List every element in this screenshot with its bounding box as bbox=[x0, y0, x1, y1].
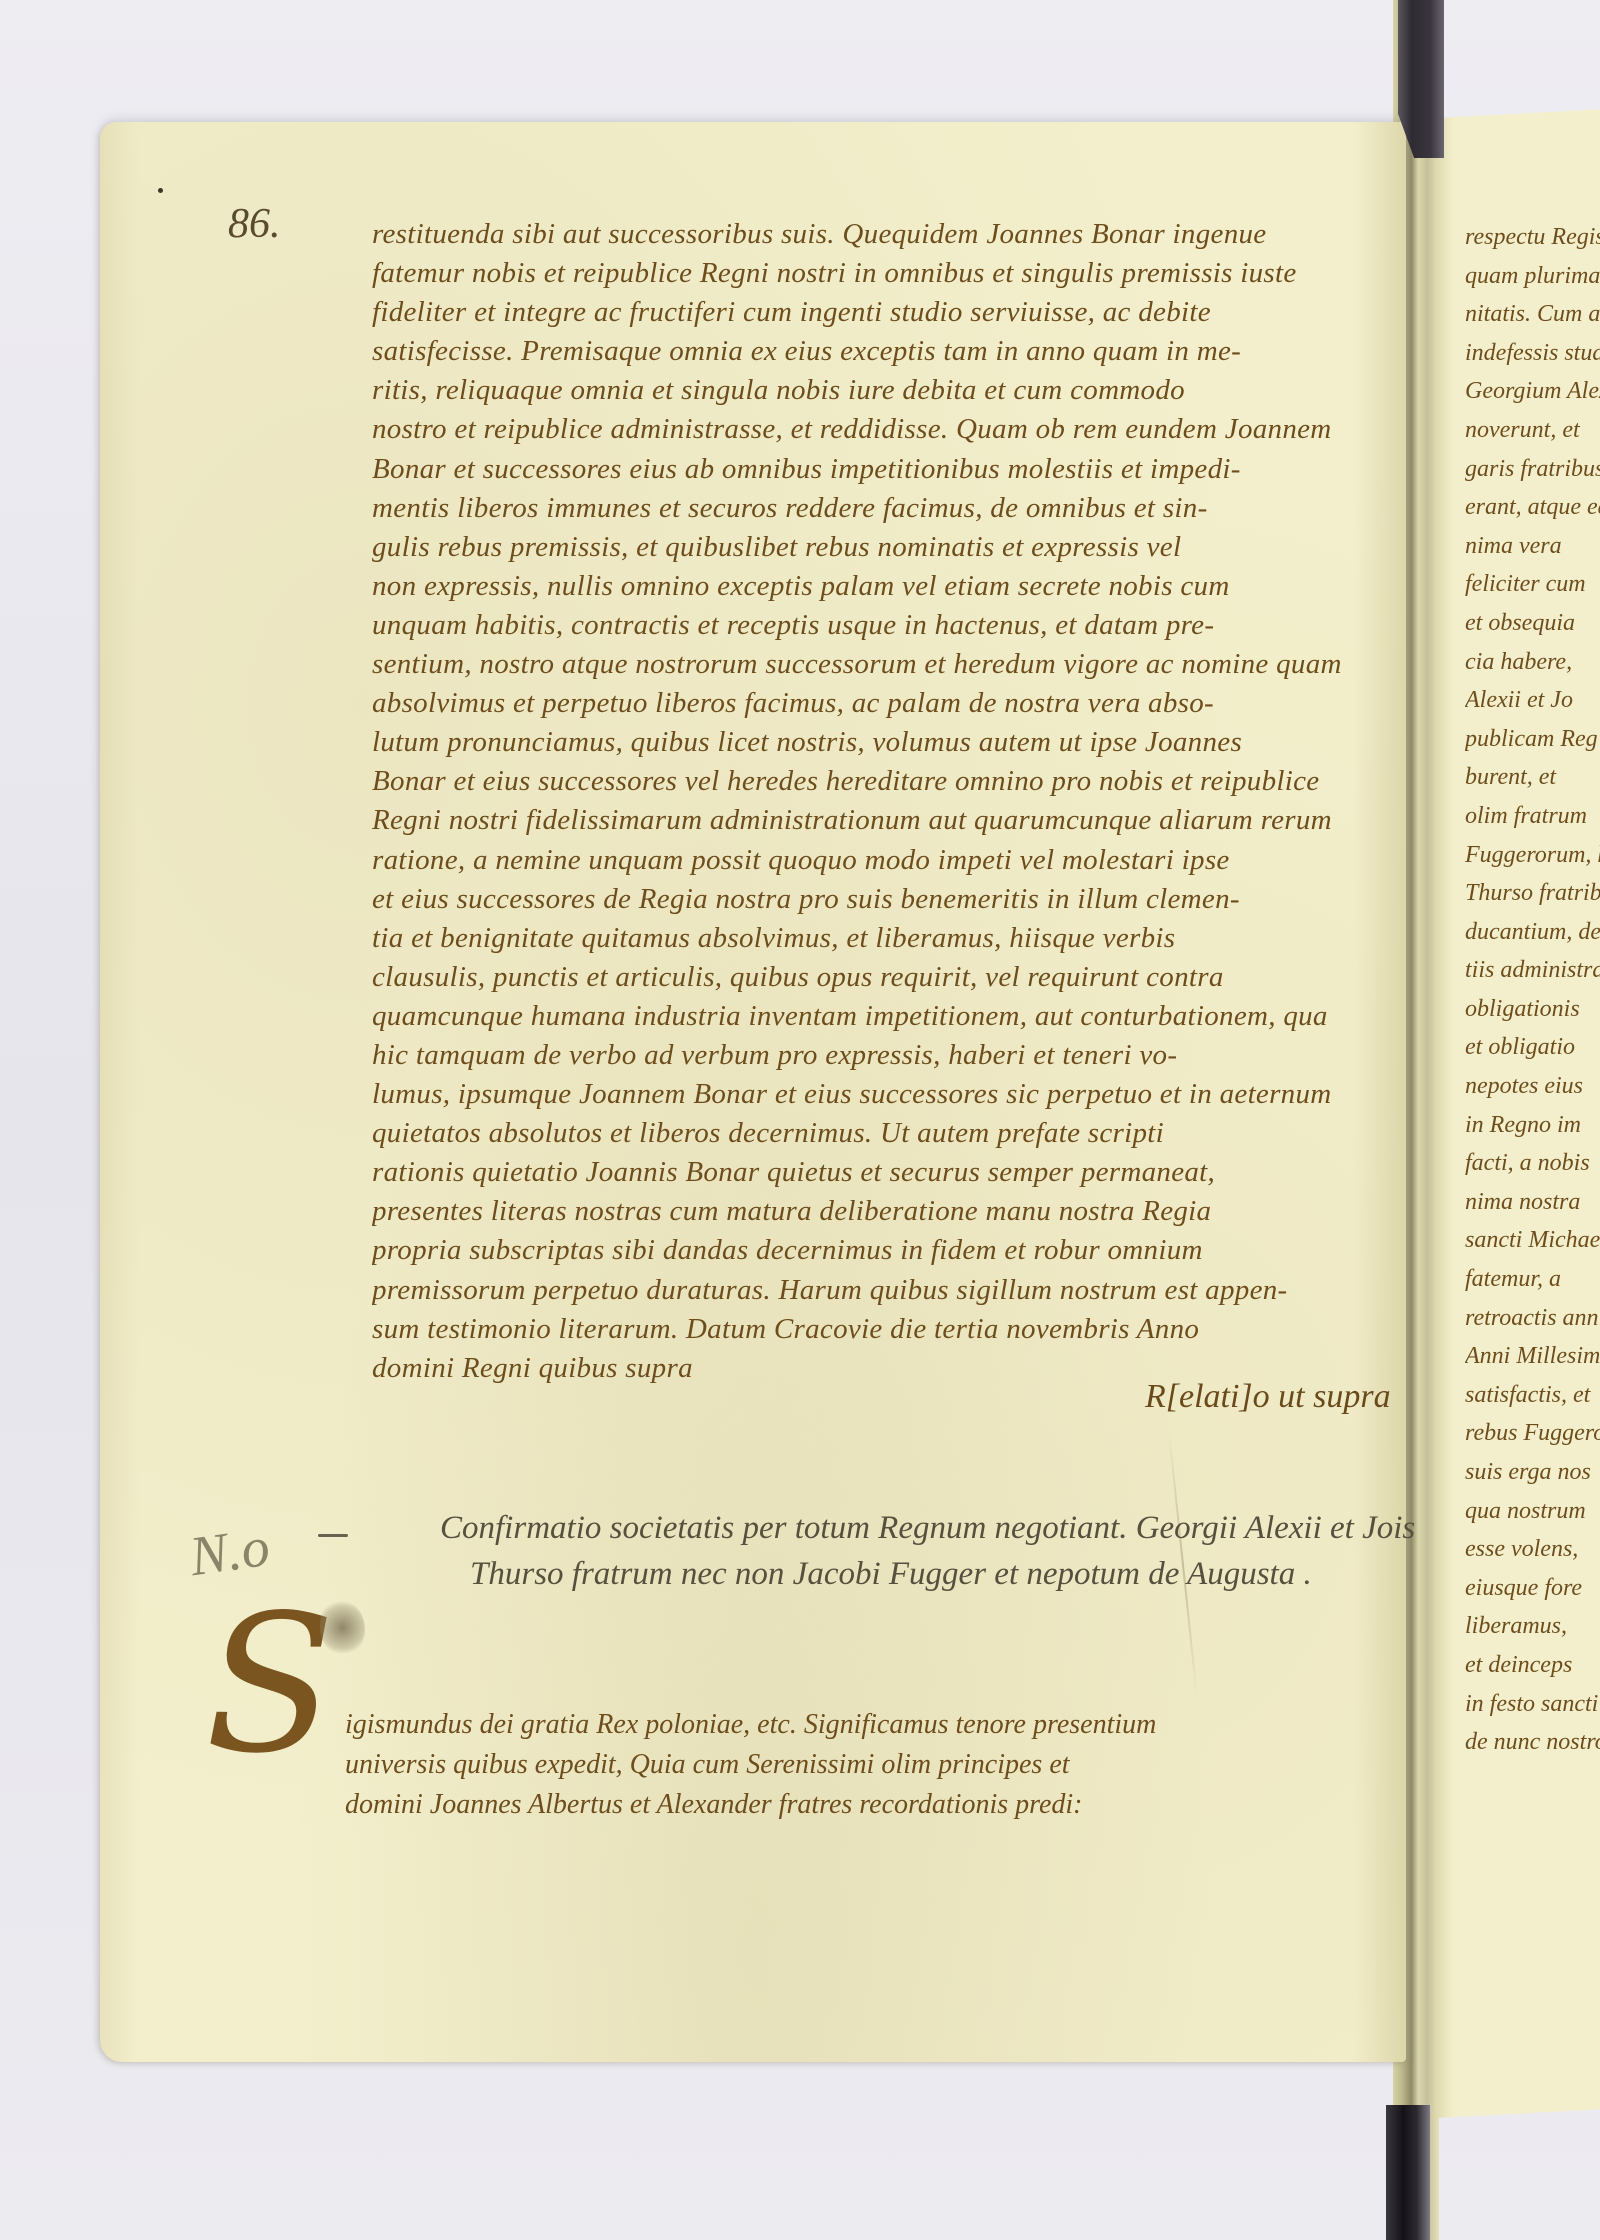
margin-dash bbox=[318, 1534, 348, 1537]
text-line: mentis liberos immunes et securos redder… bbox=[372, 489, 1352, 528]
text-line: erant, atque ea bbox=[1465, 488, 1600, 527]
text-line: universis quibus expedit, Quia cum Seren… bbox=[345, 1745, 1305, 1785]
text-line: nitatis. Cum autem bbox=[1465, 295, 1600, 334]
text-line: suis erga nos bbox=[1465, 1453, 1600, 1492]
text-line: esse volens, bbox=[1465, 1530, 1600, 1569]
text-line: rebus Fuggero bbox=[1465, 1414, 1600, 1453]
text-line: tiis administra bbox=[1465, 951, 1600, 990]
text-line: ritis, reliquaque omnia et singula nobis… bbox=[372, 371, 1352, 410]
text-line: hic tamquam de verbo ad verbum pro expre… bbox=[372, 1036, 1352, 1075]
text-line: in festo sancti bbox=[1465, 1685, 1600, 1724]
text-line: et eius successores de Regia nostra pro … bbox=[372, 880, 1352, 919]
text-line: respectu Regis bbox=[1465, 218, 1600, 257]
text-line: Regni nostri fidelissimarum administrati… bbox=[372, 801, 1352, 840]
text-line: nima vera bbox=[1465, 527, 1600, 566]
text-line: obligationis bbox=[1465, 990, 1600, 1029]
text-line: gulis rebus premissis, et quibuslibet re… bbox=[372, 528, 1352, 567]
text-line: in Regno im bbox=[1465, 1106, 1600, 1145]
facing-page-text: respectu Regis quam plurima nitatis. Cum… bbox=[1465, 218, 1600, 1762]
text-line: fideliter et integre ac fructiferi cum i… bbox=[372, 293, 1352, 332]
text-line: restituenda sibi aut successoribus suis.… bbox=[372, 215, 1352, 254]
decorated-initial: S bbox=[205, 1590, 335, 1780]
text-line: retroactis anni bbox=[1465, 1299, 1600, 1338]
charter-text-block: igismundus dei gratia Rex poloniae, etc.… bbox=[345, 1705, 1305, 1825]
text-line: Bonar et eius successores vel heredes he… bbox=[372, 762, 1352, 801]
text-line: olim fratrum bbox=[1465, 797, 1600, 836]
text-line: ratione, a nemine unquam possit quoquo m… bbox=[372, 841, 1352, 880]
text-line: satisfecisse. Premisaque omnia ex eius e… bbox=[372, 332, 1352, 371]
text-line: clausulis, punctis et articulis, quibus … bbox=[372, 958, 1352, 997]
text-line: sentium, nostro atque nostrorum successo… bbox=[372, 645, 1352, 684]
text-line: cia habere, bbox=[1465, 643, 1600, 682]
text-line: premissorum perpetuo duraturas. Harum qu… bbox=[372, 1271, 1352, 1310]
text-line: igismundus dei gratia Rex poloniae, etc.… bbox=[345, 1705, 1305, 1745]
text-line: sum testimonio literarum. Datum Cracovie… bbox=[372, 1310, 1352, 1349]
text-line: et deinceps bbox=[1465, 1646, 1600, 1685]
ink-dot bbox=[158, 188, 163, 193]
heading-line: Thurso fratrum nec non Jacobi Fugger et … bbox=[440, 1551, 1370, 1597]
text-line: fatemur nobis et reipublice Regni nostri… bbox=[372, 254, 1352, 293]
main-text-block: restituenda sibi aut successoribus suis.… bbox=[372, 215, 1352, 1388]
text-line: lutum pronunciamus, quibus licet nostris… bbox=[372, 723, 1352, 762]
closing-formula: R[elati]o ut supra bbox=[1145, 1378, 1391, 1416]
heading-line: Confirmatio societatis per totum Regnum … bbox=[440, 1505, 1370, 1551]
text-line: rationis quietatio Joannis Bonar quietus… bbox=[372, 1153, 1352, 1192]
text-line: eiusque fore bbox=[1465, 1569, 1600, 1608]
section-heading: Confirmatio societatis per totum Regnum … bbox=[440, 1505, 1370, 1597]
text-line: satisfactis, et bbox=[1465, 1376, 1600, 1415]
text-line: liberamus, bbox=[1465, 1607, 1600, 1646]
text-line: domini Joannes Albertus et Alexander fra… bbox=[345, 1785, 1305, 1825]
text-line: quam plurima bbox=[1465, 257, 1600, 296]
text-line: lumus, ipsumque Joannem Bonar et eius su… bbox=[372, 1075, 1352, 1114]
text-line: de nunc nostro bbox=[1465, 1723, 1600, 1762]
text-line: feliciter cum bbox=[1465, 565, 1600, 604]
folio-number: 86. bbox=[228, 200, 281, 248]
text-line: et obsequia bbox=[1465, 604, 1600, 643]
text-line: noverunt, et bbox=[1465, 411, 1600, 450]
text-line: sancti Michaelis bbox=[1465, 1221, 1600, 1260]
text-line: et obligatio bbox=[1465, 1028, 1600, 1067]
text-line: non expressis, nullis omnino exceptis pa… bbox=[372, 567, 1352, 606]
text-line: publicam Reg bbox=[1465, 720, 1600, 759]
text-line: Georgium Alexium bbox=[1465, 372, 1600, 411]
text-line: absolvimus et perpetuo liberos facimus, … bbox=[372, 684, 1352, 723]
text-line: Bonar et successores eius ab omnibus imp… bbox=[372, 450, 1352, 489]
text-line: presentes literas nostras cum matura del… bbox=[372, 1192, 1352, 1231]
text-line: propria subscriptas sibi dandas decernim… bbox=[372, 1231, 1352, 1270]
text-line: facti, a nobis bbox=[1465, 1144, 1600, 1183]
text-line: nima nostra bbox=[1465, 1183, 1600, 1222]
text-line: burent, et bbox=[1465, 758, 1600, 797]
text-line: quietatos absolutos et liberos decernimu… bbox=[372, 1114, 1352, 1153]
text-line: Alexii et Jo bbox=[1465, 681, 1600, 720]
text-line: tia et benignitate quitamus absolvimus, … bbox=[372, 919, 1352, 958]
text-line: unquam habitis, contractis et receptis u… bbox=[372, 606, 1352, 645]
text-line: nostro et reipublice administrasse, et r… bbox=[372, 410, 1352, 449]
text-line: qua nostrum bbox=[1465, 1492, 1600, 1531]
text-line: Thurso fratribus bbox=[1465, 874, 1600, 913]
text-line: indefessis studio bbox=[1465, 334, 1600, 373]
text-line: ducantium, de bbox=[1465, 913, 1600, 952]
text-line: Fuggerorum, hab bbox=[1465, 836, 1600, 875]
text-line: quamcunque humana industria inventam imp… bbox=[372, 997, 1352, 1036]
text-line: nepotes eius bbox=[1465, 1067, 1600, 1106]
text-line: fatemur, a bbox=[1465, 1260, 1600, 1299]
page-clamp-bottom bbox=[1386, 2105, 1430, 2240]
text-line: garis fratribus bbox=[1465, 450, 1600, 489]
text-line: Anni Millesimi bbox=[1465, 1337, 1600, 1376]
